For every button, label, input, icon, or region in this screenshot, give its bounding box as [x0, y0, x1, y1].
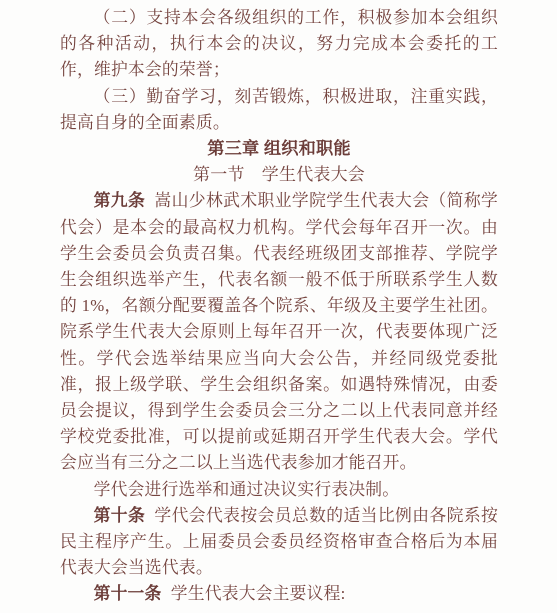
article-9-paragraph: 第九条嵩山少林武术职业学院学生代表大会（简称学代会）是本会的最高权力机构。学代会… [60, 188, 498, 476]
article-11-number: 第十一条 [94, 584, 162, 603]
article-11-paragraph: 第十一条学生代表大会主要议程: [60, 581, 498, 607]
document-page: （二）支持本会各级组织的工作，积极参加本会组织的各种活动，执行本会的决议，努力完… [0, 0, 557, 613]
chapter-3-heading: 第三章 组织和职能 [60, 136, 498, 162]
article-10-number: 第十条 [94, 506, 146, 525]
voting-method-paragraph: 学代会进行选举和通过决议实行表决制。 [60, 477, 498, 503]
clause-2-paragraph: （二）支持本会各级组织的工作，积极参加本会组织的各种活动，执行本会的决议，努力完… [60, 5, 498, 84]
document-body: （二）支持本会各级组织的工作，积极参加本会组织的各种活动，执行本会的决议，努力完… [60, 5, 498, 608]
article-9-number: 第九条 [94, 191, 146, 210]
article-10-paragraph: 第十条学代会代表按会员总数的适当比例由各院系按民主程序产生。上届委员会委员经资格… [60, 503, 498, 582]
section-1-heading: 第一节 学生代表大会 [60, 162, 498, 188]
clause-3-paragraph: （三）勤奋学习，刻苦锻炼，积极进取，注重实践，提高自身的全面素质。 [60, 84, 498, 136]
article-9-text: 嵩山少林武术职业学院学生代表大会（简称学代会）是本会的最高权力机构。学代会每年召… [60, 191, 498, 472]
article-11-text: 学生代表大会主要议程: [171, 584, 346, 603]
